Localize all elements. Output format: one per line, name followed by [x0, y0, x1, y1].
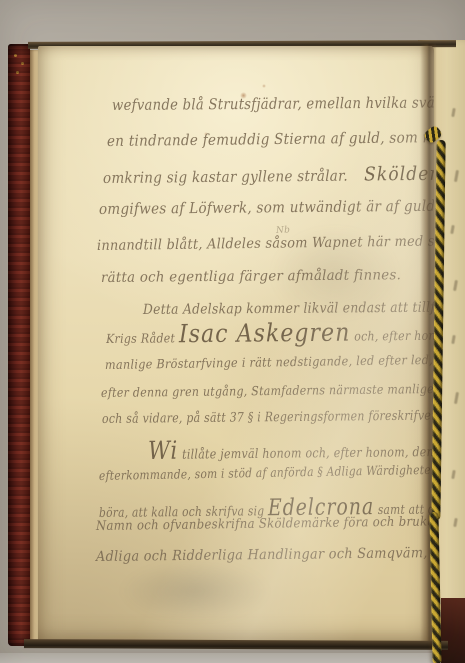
- book-photo: wefvande blå Strutsfjädrar, emellan hvil…: [0, 0, 465, 663]
- book-spine: [8, 44, 30, 646]
- smudge-stain: [120, 561, 270, 621]
- manuscript-line: Detta Adelskap kommer likväl endast att …: [143, 299, 434, 318]
- manuscript-text: Detta Adelskap kommer likväl endast att …: [143, 299, 434, 318]
- manuscript-line: Krigs Rådet Isac Askegren och, efter hon…: [106, 316, 434, 349]
- photo-backdrop-edge: [0, 653, 447, 663]
- manuscript-line: omkring sig kastar gyllene strålar.Sköld…: [103, 163, 434, 188]
- facing-page-text-fragment: [451, 108, 456, 117]
- manuscript-text: omkring sig kastar gyllene strålar.: [103, 167, 348, 187]
- manuscript-text: en tindrande femuddig Stierna af guld, s…: [107, 128, 434, 150]
- manuscript-line: manlige Bröstarfvinge i rätt nedstigande…: [105, 351, 434, 372]
- manuscript-line: en tindrande femuddig Stierna af guld, s…: [107, 128, 434, 150]
- gold-speck: [16, 71, 19, 74]
- manuscript-text: Adliga och Ridderliga Handlingar och Sam…: [96, 545, 434, 565]
- manuscript-text: wefvande blå Strutsfjädrar, emellan hvil…: [112, 93, 434, 114]
- marginal-note: Nb: [276, 225, 291, 236]
- facing-page-text-fragment: [454, 392, 459, 404]
- manuscript-text: Nb: [276, 225, 291, 236]
- facing-page-text-fragment: [451, 335, 456, 344]
- ennobled-name: Isac Askegren: [179, 318, 351, 349]
- manuscript-text: rätta och egentliga färger afmåladt finn…: [101, 267, 401, 286]
- manuscript-line: Wi tillåte jemväl honom och, efter honom…: [148, 433, 434, 465]
- manuscript-line: Adliga och Ridderliga Handlingar och Sam…: [96, 545, 434, 565]
- manuscript-text: Krigs Rådet: [106, 330, 175, 346]
- facing-page-text-fragment: [453, 280, 458, 291]
- book-cover-corner: [441, 598, 465, 663]
- rust-stain: [262, 84, 266, 88]
- manuscript-text: omgifwes af Löfwerk, som utwändigt är af…: [99, 196, 434, 218]
- manuscript-line: wefvande blå Strutsfjädrar, emellan hvil…: [112, 93, 434, 114]
- book-bottom-edge: [24, 639, 448, 650]
- manuscript-line: omgifwes af Löfwerk, som utwändigt är af…: [99, 196, 434, 218]
- gold-speck: [21, 62, 24, 65]
- facing-page-text-fragment: [453, 518, 458, 527]
- manuscript-text: efter denna gren utgång, Stamfaderns när…: [101, 380, 434, 400]
- manuscript-text: manlige Bröstarfvinge i rätt nedstigande…: [105, 351, 434, 372]
- manuscript-text: tillåte jemväl honom och, efter honom, d…: [182, 445, 434, 463]
- royal-we-word: Wi: [148, 436, 179, 465]
- manuscript-line: och så vidare, på sätt 37 § i Regeringsf…: [102, 408, 434, 427]
- manuscript-page: wefvande blå Strutsfjädrar, emellan hvil…: [38, 46, 434, 644]
- facing-page-text-fragment: [454, 170, 459, 182]
- facing-page-text-fragment: [450, 225, 455, 234]
- manuscript-line: efter denna gren utgång, Stamfaderns när…: [101, 380, 434, 400]
- gold-speck: [14, 54, 17, 57]
- facing-page-text-fragment: [451, 470, 456, 479]
- manuscript-line: rätta och egentliga färger afmåladt finn…: [101, 267, 401, 286]
- manuscript-text: och så vidare, på sätt 37 § i Regeringsf…: [102, 408, 434, 427]
